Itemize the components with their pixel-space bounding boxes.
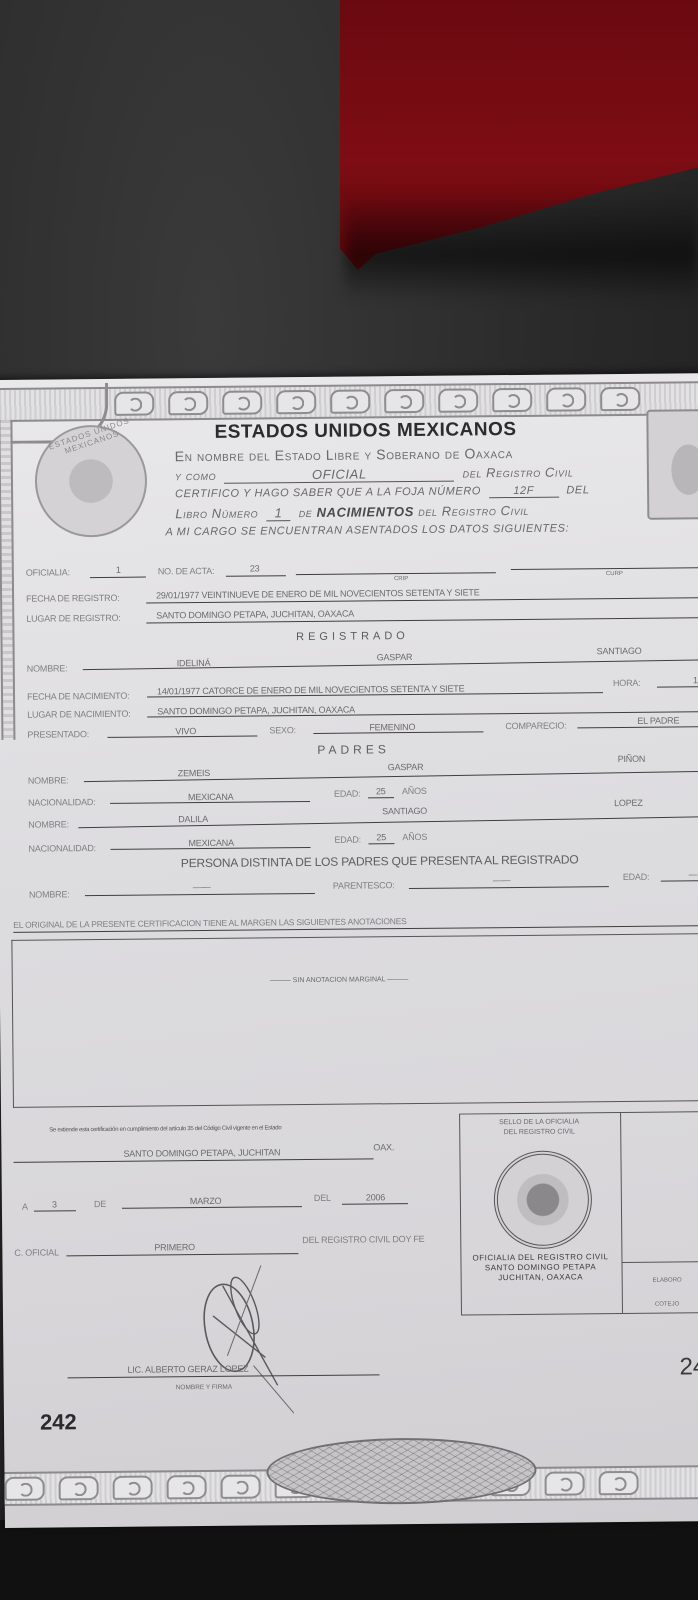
otra-persona-edad-label: EDAD: bbox=[623, 872, 650, 882]
crip-label: CRIP bbox=[394, 576, 408, 582]
header-y-como: y como bbox=[175, 468, 216, 483]
padre-anos-label: AÑOS bbox=[402, 786, 427, 796]
registrado-primer-apellido: GASPAR bbox=[377, 652, 413, 662]
oficialia-value: 1 bbox=[116, 565, 121, 575]
otra-persona-nombre: —— bbox=[193, 882, 211, 892]
sello-title-2: DEL REGISTRO CIVIL bbox=[469, 1128, 609, 1136]
fecha-registro-label: FECHA DE REGISTRO: bbox=[26, 593, 120, 604]
lugar-registro-value: SANTO DOMINGO PETAPA, JUCHITAN, OAXACA bbox=[156, 609, 354, 621]
birth-certificate-document: ESTADOS UNIDOS MEXICANOS ESTADOS UNIDOS … bbox=[0, 373, 698, 1528]
civil-registry-seal-icon bbox=[493, 1150, 592, 1249]
sello-title-1: SELLO DE LA OFICIALIA bbox=[469, 1118, 609, 1126]
madre-nacionalidad: MEXICANA bbox=[188, 838, 234, 848]
fecha-registro-value: 29/01/1977 VEINTINUEVE DE ENERO DE MIL N… bbox=[156, 587, 480, 600]
elaboro-label: ELABORO bbox=[653, 1277, 682, 1283]
marginal-annotations-box bbox=[11, 933, 698, 1108]
header-de: de bbox=[299, 505, 313, 520]
padre-nacionalidad: MEXICANA bbox=[188, 792, 234, 802]
madre-edad: 25 bbox=[376, 832, 386, 842]
presentado-value: VIVO bbox=[175, 726, 196, 736]
parentesco-value: —— bbox=[493, 875, 511, 885]
oficialia-label: OFICIALIA: bbox=[26, 567, 70, 577]
comparecio-label: COMPARECIO: bbox=[505, 721, 566, 732]
lugar-registro-label: LUGAR DE REGISTRO: bbox=[26, 613, 121, 624]
header-line-5: A mi cargo se encuentran asentados los d… bbox=[165, 522, 569, 538]
hora-label: HORA: bbox=[613, 678, 641, 688]
oficial-label: C. OFICIAL bbox=[14, 1247, 59, 1257]
libro-number-field: 1 bbox=[266, 505, 290, 521]
stamp-line-1: OFICIALIA DEL REGISTRO CIVIL bbox=[470, 1252, 610, 1262]
header-line-1: En nombre del Estado Libre y Soberano de… bbox=[175, 445, 513, 464]
oficial-field: OFICIAL bbox=[224, 466, 454, 484]
acta-number-label: No. DE ACTA: bbox=[158, 566, 215, 577]
nombre-firma-label: NOMBRE Y FIRMA bbox=[176, 1384, 233, 1392]
header-line-1-text: En nombre del Estado Libre y Soberano de… bbox=[175, 445, 513, 464]
registrado-segundo-apellido: SANTIAGO bbox=[597, 646, 642, 656]
padre-edad: 25 bbox=[376, 786, 386, 796]
oficial-suffix: DEL REGISTRO CIVIL DOY FE bbox=[302, 1234, 424, 1245]
header-del-registro-civil: del Registro Civil bbox=[418, 503, 529, 519]
madre-nacionalidad-label: NACIONALIDAD: bbox=[28, 843, 96, 854]
padre-segundo-apellido: PIÑON bbox=[618, 754, 646, 764]
header-line-3: Certifico y hago saber que a la foja Núm… bbox=[175, 484, 590, 501]
foja-number-field: 12F bbox=[489, 485, 559, 499]
acta-number-value: 23 bbox=[250, 563, 260, 573]
expedicion-de-label: DE bbox=[94, 1199, 106, 1209]
sexo-value: FEMENINO bbox=[369, 722, 415, 732]
parentesco-label: PARENTESCO: bbox=[333, 880, 395, 891]
fecha-nacimiento-label: FECHA DE NACIMIENTO: bbox=[27, 691, 129, 702]
header-del: del bbox=[566, 484, 589, 496]
expedicion-del-label: DEL bbox=[314, 1193, 331, 1203]
expedicion-estado: OAX. bbox=[373, 1142, 394, 1152]
lugar-nacimiento-label: LUGAR DE NACIMIENTO: bbox=[27, 709, 130, 720]
signature-icon bbox=[193, 1265, 294, 1416]
left-ornamental-border bbox=[0, 420, 15, 740]
sexo-label: SEXO: bbox=[269, 725, 296, 735]
oficial-value: PRIMERO bbox=[154, 1242, 195, 1252]
firmante-name: LIC. ALBERTO GERAZ LOPEZ bbox=[127, 1364, 248, 1375]
header-libro-numero: Libro Número bbox=[175, 505, 258, 521]
cotejo-label: COTEJO bbox=[655, 1301, 679, 1307]
padres-section-title: PADRES bbox=[0, 739, 698, 760]
padre-nombre-label: NOMBRE: bbox=[28, 775, 69, 785]
comparecio-value: EL PADRE bbox=[637, 715, 679, 725]
curp-label: CURP bbox=[606, 571, 623, 577]
header-line-2: y como OFICIAL del Registro Civil bbox=[175, 464, 574, 484]
madre-nombre-label: NOMBRE: bbox=[28, 819, 69, 829]
page-number-left: 242 bbox=[40, 1409, 77, 1435]
madre-edad-label: EDAD: bbox=[334, 834, 361, 844]
stamp-line-3: JUCHITAN, OAXACA bbox=[471, 1272, 611, 1282]
madre-nombre: DALILA bbox=[178, 814, 208, 824]
legal-note: Se extiende esta certificación en cumpli… bbox=[49, 1125, 281, 1133]
padre-nacionalidad-label: NACIONALIDAD: bbox=[28, 797, 96, 808]
page-number-right: 24 bbox=[679, 1353, 698, 1381]
document-title: ESTADOS UNIDOS MEXICANOS bbox=[0, 417, 698, 446]
madre-segundo-apellido: LOPEZ bbox=[614, 798, 643, 808]
header-certifico: Certifico y hago saber que a la foja Núm… bbox=[175, 485, 481, 500]
expedicion-a-label: A bbox=[22, 1202, 28, 1212]
expedicion-anio: 2006 bbox=[366, 1192, 385, 1202]
padre-nombre: ZEMEIS bbox=[178, 768, 210, 778]
cloth-shadow bbox=[345, 190, 698, 300]
dark-background-bottom bbox=[0, 1520, 698, 1600]
hora-value: 13 bbox=[693, 675, 698, 685]
registrado-nombre-label: NOMBRE: bbox=[27, 663, 68, 673]
expedicion-dia: 3 bbox=[52, 1199, 57, 1209]
expedicion-lugar: SANTO DOMINGO PETAPA, JUCHITAN bbox=[123, 1147, 280, 1159]
madre-primer-apellido: SANTIAGO bbox=[382, 806, 427, 816]
padre-primer-apellido: GASPAR bbox=[388, 762, 424, 772]
expedicion-mes: MARZO bbox=[190, 1196, 222, 1206]
otra-persona-nombre-label: NOMBRE: bbox=[29, 889, 70, 899]
presentado-label: PRESENTADO: bbox=[27, 729, 89, 740]
header-line-4: Libro Número 1 de NACIMIENTOS del Regist… bbox=[175, 503, 529, 522]
otra-persona-section-title: PERSONA DISTINTA DE LOS PADRES QUE PRESE… bbox=[0, 851, 698, 872]
stamp-line-2: SANTO DOMINGO PETAPA bbox=[471, 1262, 611, 1272]
registrado-section-title: REGISTRADO bbox=[0, 627, 698, 646]
padre-edad-label: EDAD: bbox=[334, 789, 361, 799]
marginal-annotation-text: ——— SIN ANOTACION MARGINAL ——— bbox=[270, 976, 409, 984]
record-type: NACIMIENTOS bbox=[317, 504, 415, 520]
header-del-registro: del Registro Civil bbox=[462, 464, 573, 480]
madre-anos-label: AÑOS bbox=[402, 832, 427, 842]
otra-persona-edad: — bbox=[689, 869, 698, 879]
